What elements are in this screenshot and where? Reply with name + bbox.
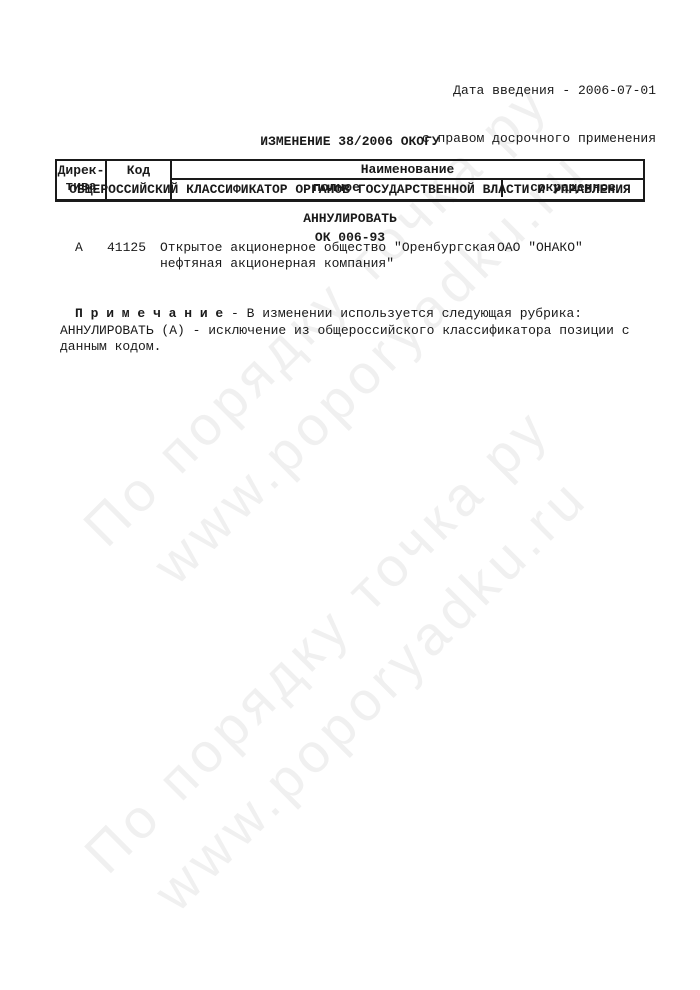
title-amendment-line: ИЗМЕНЕНИЕ 38/2006 ОКОГУ	[0, 134, 700, 150]
header-table: Дирек- тива Код Наименование полное сокр…	[55, 159, 645, 202]
column-header-code: Код	[107, 161, 172, 199]
document-page: По порядку точка ру www.poporyadku.ru По…	[0, 0, 700, 990]
row-name-short-value: ОАО "ОНАКО"	[497, 240, 583, 256]
introduction-date-line: Дата введения - 2006-07-01	[422, 83, 656, 99]
column-header-directive-line2: тива	[57, 179, 105, 195]
column-header-name-subrow: полное сокращенное	[172, 180, 643, 197]
document-content: Дата введения - 2006-07-01 с правом доср…	[0, 0, 700, 990]
note-paragraph: П р и м е ч а н и е - В изменении исполь…	[60, 306, 641, 356]
row-code-value: 41125	[107, 240, 146, 256]
column-header-directive-line1: Дирек-	[57, 163, 105, 179]
section-action-label: АННУЛИРОВАТЬ	[55, 211, 645, 227]
column-header-directive: Дирек- тива	[57, 161, 107, 199]
row-directive-value: А	[75, 240, 83, 256]
note-label: П р и м е ч а н и е	[75, 306, 223, 321]
row-name-full-value: Открытое акционерное общество "Оренбургс…	[160, 240, 507, 272]
column-header-name-group: Наименование полное сокращенное	[172, 161, 643, 199]
column-header-name-short: сокращенное	[503, 180, 643, 197]
column-header-name: Наименование	[172, 161, 643, 180]
column-header-name-full: полное	[172, 180, 503, 197]
